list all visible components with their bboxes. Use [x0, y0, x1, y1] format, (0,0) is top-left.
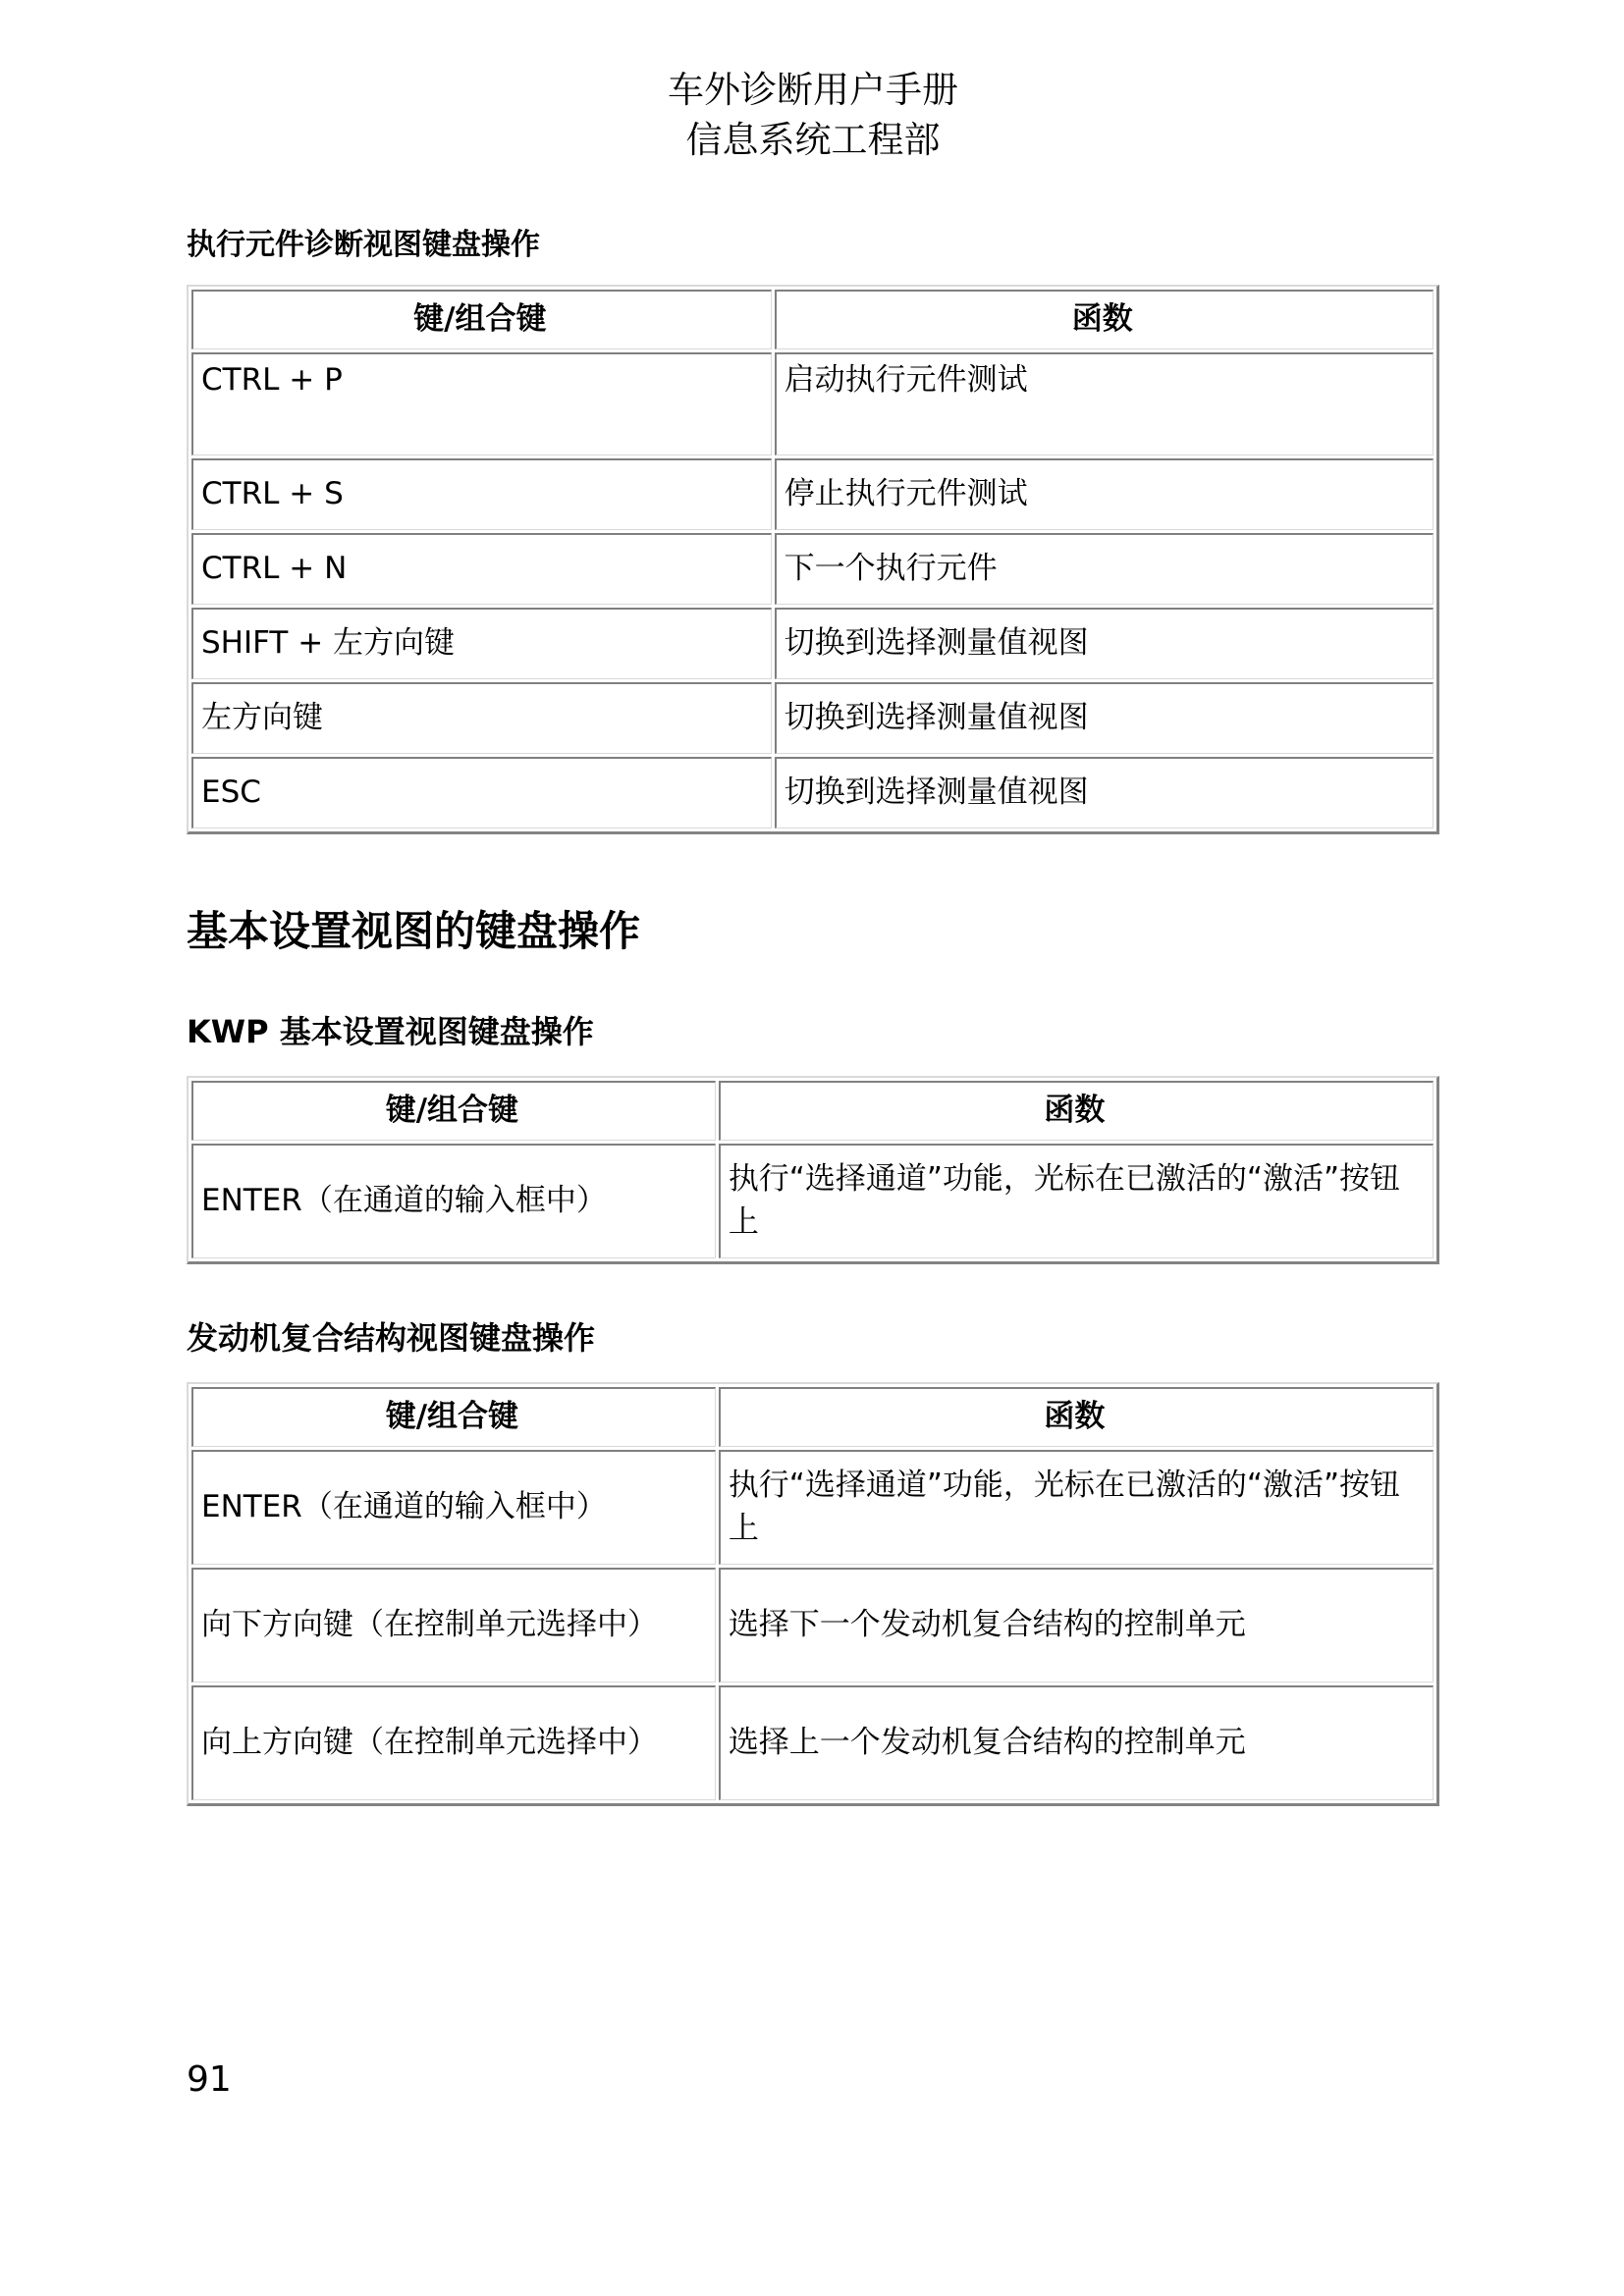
table-row: CTRL + P 启动执行元件测试: [191, 352, 1434, 455]
function-column-header: 函数: [719, 1081, 1434, 1141]
function-cell: 切换到选择测量值视图: [775, 608, 1434, 679]
key-cell: ESC: [191, 757, 772, 828]
function-cell: 切换到选择测量值视图: [775, 757, 1434, 828]
table-row: SHIFT + 左方向键 切换到选择测量值视图: [191, 608, 1434, 679]
manual-title: 车外诊断用户手册: [187, 65, 1439, 115]
function-cell: 切换到选择测量值视图: [775, 682, 1434, 754]
table-header-row: 键/组合键 函数: [191, 1387, 1434, 1447]
page-content: 车外诊断用户手册 信息系统工程部 执行元件诊断视图键盘操作 键/组合键 函数 C…: [187, 0, 1439, 1806]
key-cell: 左方向键: [191, 682, 772, 754]
table-row: CTRL + N 下一个执行元件: [191, 533, 1434, 605]
section-title-actuator-diagnosis: 执行元件诊断视图键盘操作: [187, 220, 1439, 263]
document-header: 车外诊断用户手册 信息系统工程部: [187, 65, 1439, 165]
table-row: 向下方向键（在控制单元选择中） 选择下一个发动机复合结构的控制单元: [191, 1568, 1434, 1682]
function-cell: 执行“选择通道”功能，光标在已激活的“激活”按钮上: [719, 1144, 1434, 1258]
function-cell: 选择下一个发动机复合结构的控制单元: [719, 1568, 1434, 1682]
section-title-kwp-basic-settings: KWP 基本设置视图键盘操作: [187, 1007, 1439, 1052]
key-column-header: 键/组合键: [191, 1081, 716, 1141]
key-cell: ENTER（在通道的输入框中）: [191, 1450, 716, 1565]
key-column-header: 键/组合键: [191, 1387, 716, 1447]
key-cell: CTRL + S: [191, 458, 772, 530]
page-number: 91: [187, 2059, 232, 2100]
key-cell: CTRL + P: [191, 352, 772, 455]
function-cell: 执行“选择通道”功能，光标在已激活的“激活”按钮上: [719, 1450, 1434, 1565]
key-cell: ENTER（在通道的输入框中）: [191, 1144, 716, 1258]
table-row: 左方向键 切换到选择测量值视图: [191, 682, 1434, 754]
table-header-row: 键/组合键 函数: [191, 290, 1434, 349]
function-cell: 选择上一个发动机复合结构的控制单元: [719, 1685, 1434, 1800]
key-cell: SHIFT + 左方向键: [191, 608, 772, 679]
actuator-diagnosis-keyboard-table: 键/组合键 函数 CTRL + P 启动执行元件测试 CTRL + S 停止执行…: [187, 285, 1439, 834]
section-title-engine-composite: 发动机复合结构视图键盘操作: [187, 1313, 1439, 1359]
key-cell: 向上方向键（在控制单元选择中）: [191, 1685, 716, 1800]
function-cell: 下一个执行元件: [775, 533, 1434, 605]
section-title-basic-settings: 基本设置视图的键盘操作: [187, 899, 1439, 958]
key-cell: CTRL + N: [191, 533, 772, 605]
table-row: ENTER（在通道的输入框中） 执行“选择通道”功能，光标在已激活的“激活”按钮…: [191, 1144, 1434, 1258]
function-cell: 停止执行元件测试: [775, 458, 1434, 530]
function-cell: 启动执行元件测试: [775, 352, 1434, 455]
table-row: 向上方向键（在控制单元选择中） 选择上一个发动机复合结构的控制单元: [191, 1685, 1434, 1800]
table-row: ESC 切换到选择测量值视图: [191, 757, 1434, 828]
department-subtitle: 信息系统工程部: [187, 115, 1439, 165]
kwp-basic-settings-keyboard-table: 键/组合键 函数 ENTER（在通道的输入框中） 执行“选择通道”功能，光标在已…: [187, 1076, 1439, 1264]
key-column-header: 键/组合键: [191, 290, 772, 349]
function-column-header: 函数: [775, 290, 1434, 349]
key-cell: 向下方向键（在控制单元选择中）: [191, 1568, 716, 1682]
table-header-row: 键/组合键 函数: [191, 1081, 1434, 1141]
table-row: ENTER（在通道的输入框中） 执行“选择通道”功能，光标在已激活的“激活”按钮…: [191, 1450, 1434, 1565]
function-column-header: 函数: [719, 1387, 1434, 1447]
engine-composite-keyboard-table: 键/组合键 函数 ENTER（在通道的输入框中） 执行“选择通道”功能，光标在已…: [187, 1382, 1439, 1806]
table-row: CTRL + S 停止执行元件测试: [191, 458, 1434, 530]
